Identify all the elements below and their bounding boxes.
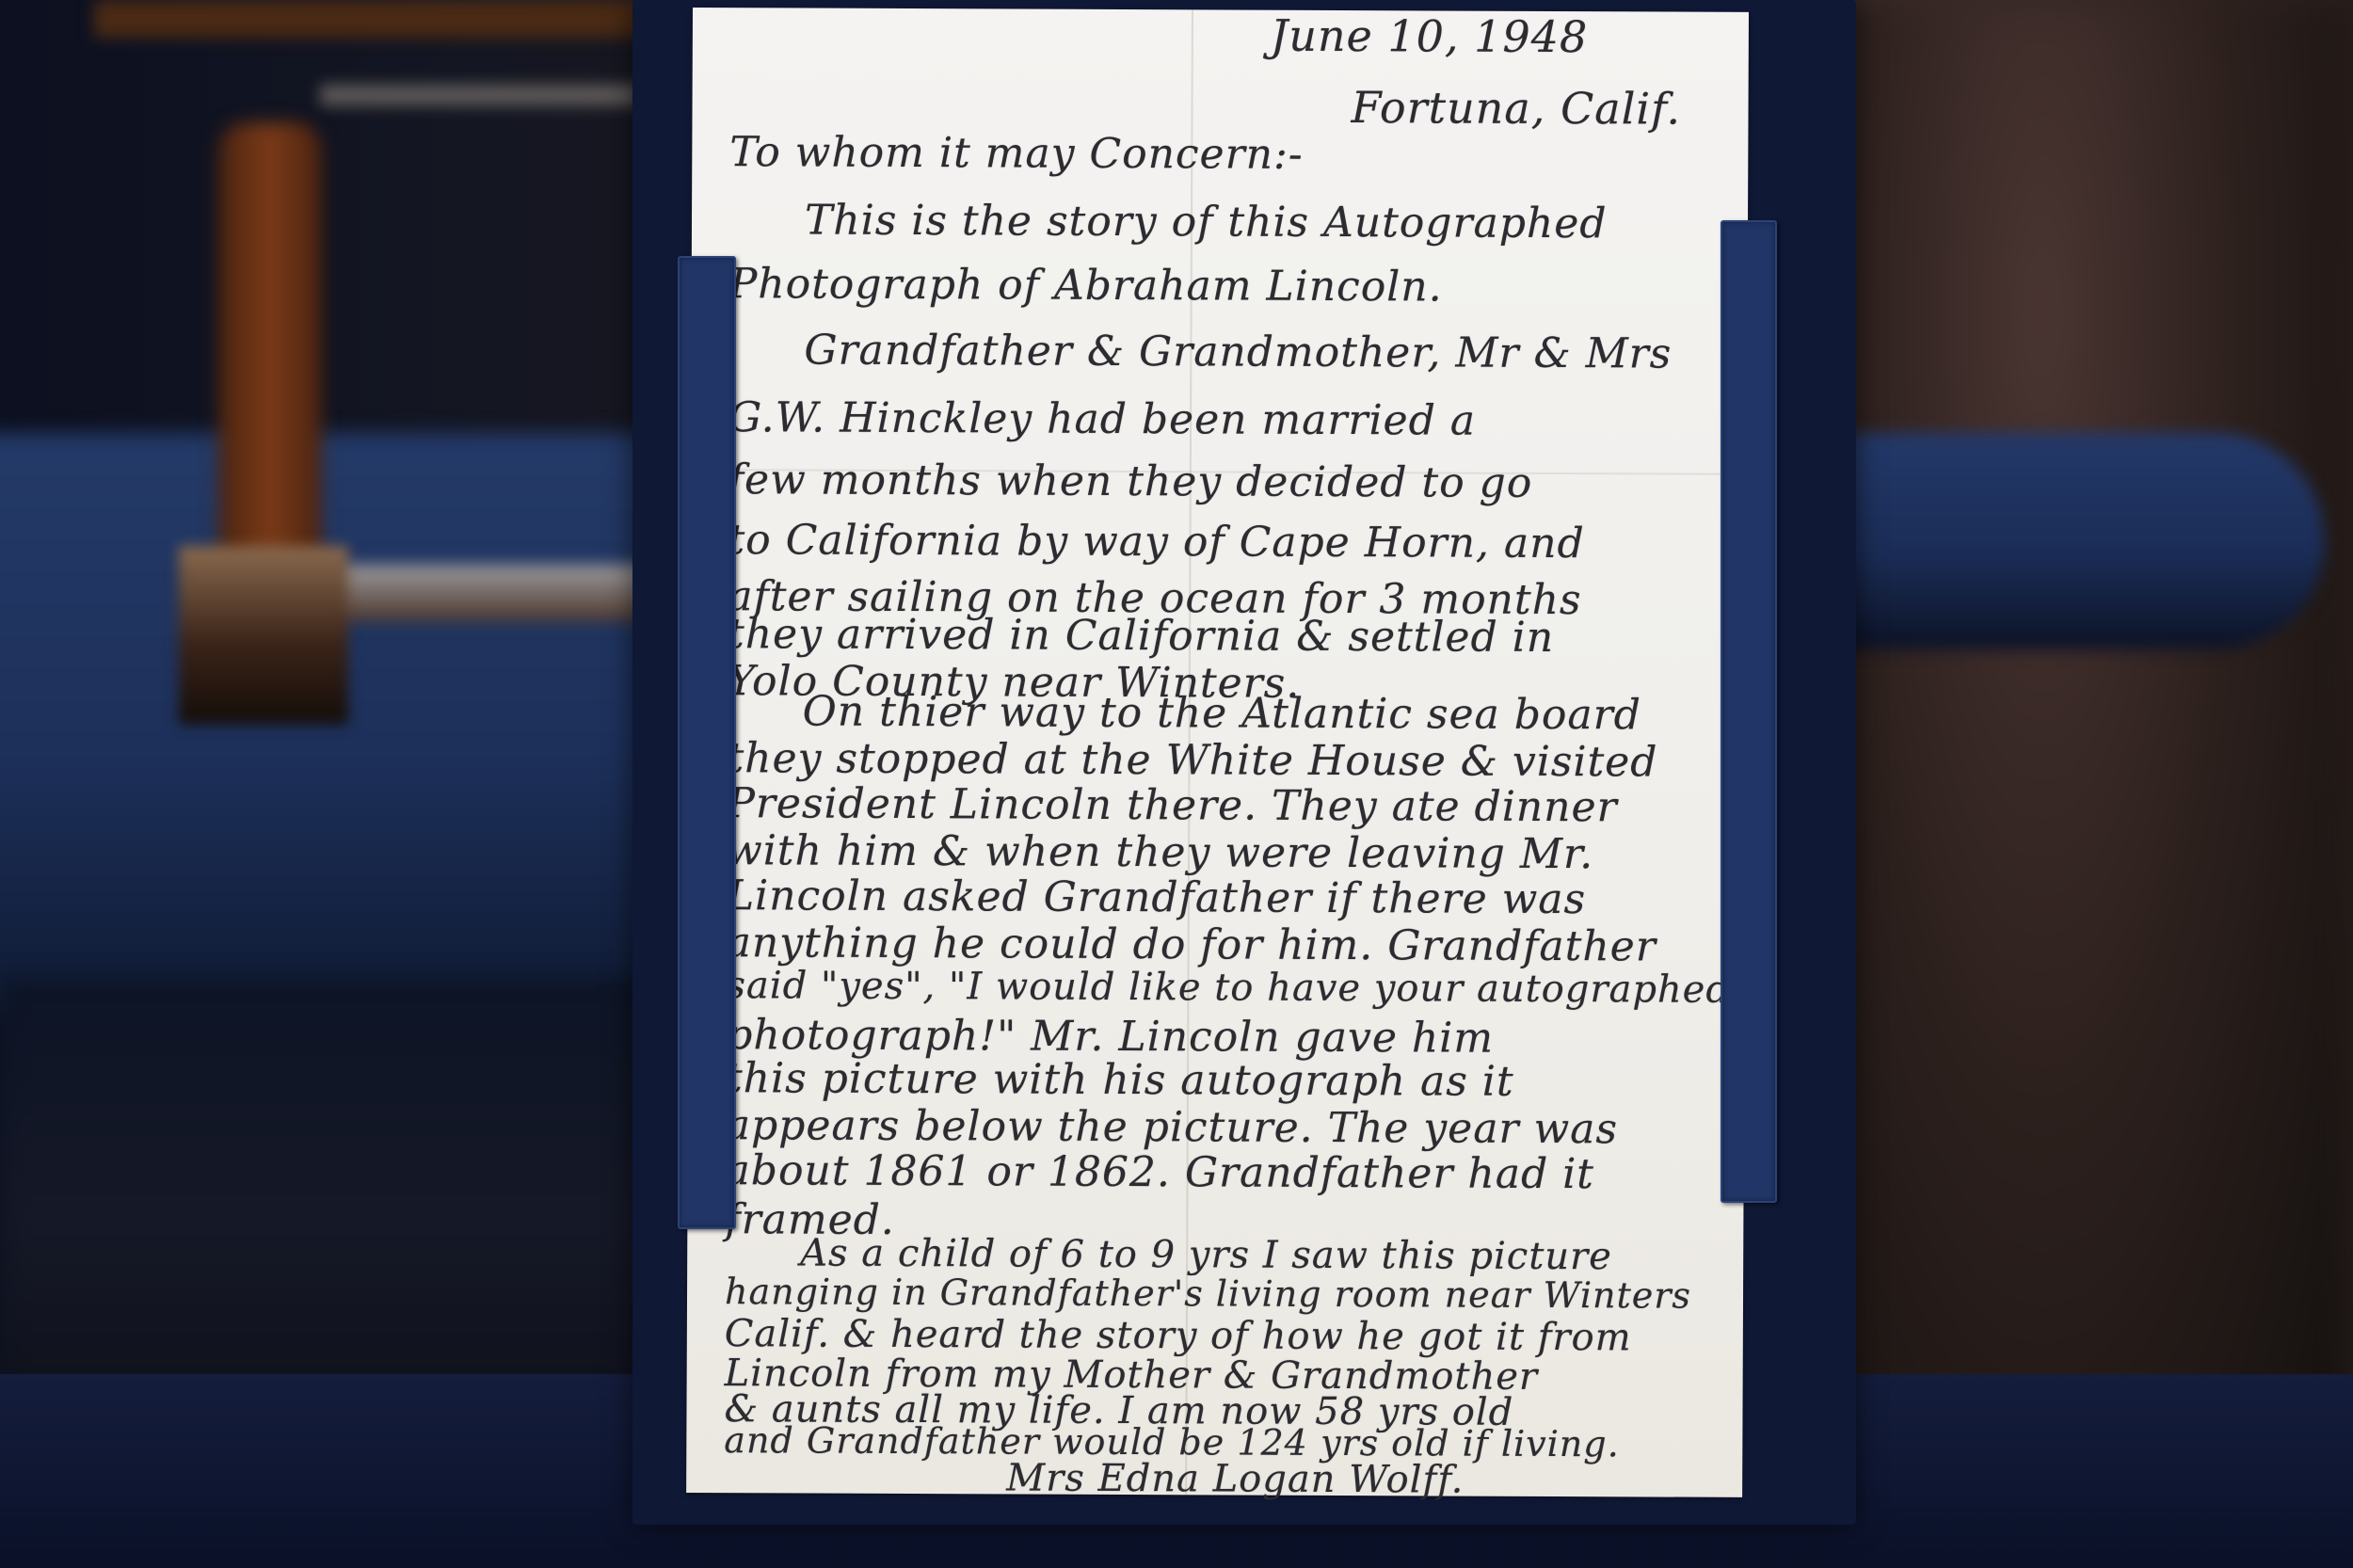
letter-date: June 10, 1948 — [1271, 10, 1589, 62]
display-clip-right — [1721, 220, 1777, 1203]
letter-salutation: To whom it may Concern:- — [729, 128, 1304, 179]
chair-leg — [218, 122, 322, 593]
chair-seat-left — [0, 433, 715, 1016]
letter-line: President Lincoln there. They ate dinner — [727, 779, 1618, 831]
letter-line: few months when they decided to go — [728, 456, 1533, 507]
letter-line: they arrived in California & settled in — [728, 610, 1554, 662]
handwritten-letter: June 10, 1948 Fortuna, Calif. To whom it… — [686, 8, 1749, 1497]
letter-line: G.W. Hinckley had been married a — [728, 393, 1476, 444]
letter-line: On thier way to the Atlantic sea board — [803, 688, 1641, 740]
letter-line: this picture with his autograph as it — [726, 1054, 1514, 1106]
letter-line: appears below the picture. The year was — [726, 1101, 1618, 1153]
letter-line: they stopped at the White House & visite… — [727, 734, 1657, 786]
letter-line: Lincoln asked Grandfather if there was — [727, 872, 1586, 923]
chair-top-rail — [94, 0, 659, 38]
letter-line: hanging in Grandfather's living room nea… — [725, 1271, 1691, 1316]
letter-line: said "yes", "I would like to have your a… — [726, 964, 1731, 1012]
letter-place: Fortuna, Calif. — [1351, 82, 1681, 135]
letter-line: anything he could do for him. Grandfathe… — [727, 919, 1657, 970]
letter-line: about 1861 or 1862. Grandfather had it — [725, 1146, 1594, 1198]
chair-rail — [320, 85, 640, 105]
display-clip-left — [678, 256, 736, 1229]
letter-line: Photograph of Abraham Lincoln. — [729, 260, 1443, 311]
chair-rail-lower — [329, 565, 649, 621]
letter-line: This is the story of this Autographed — [805, 197, 1608, 248]
chair-seat-right — [1798, 433, 2325, 649]
background-wall-right — [1835, 0, 2353, 1568]
chair-foot — [179, 546, 348, 725]
letter-line: Grandfather & Grandmother, Mr & Mrs — [804, 327, 1672, 378]
letter-line: with him & when they were leaving Mr. — [727, 826, 1593, 878]
letter-signature: Mrs Edna Logan Wolff. — [1006, 1456, 1464, 1501]
letter-line: to California by way of Cape Horn, and — [728, 516, 1584, 568]
